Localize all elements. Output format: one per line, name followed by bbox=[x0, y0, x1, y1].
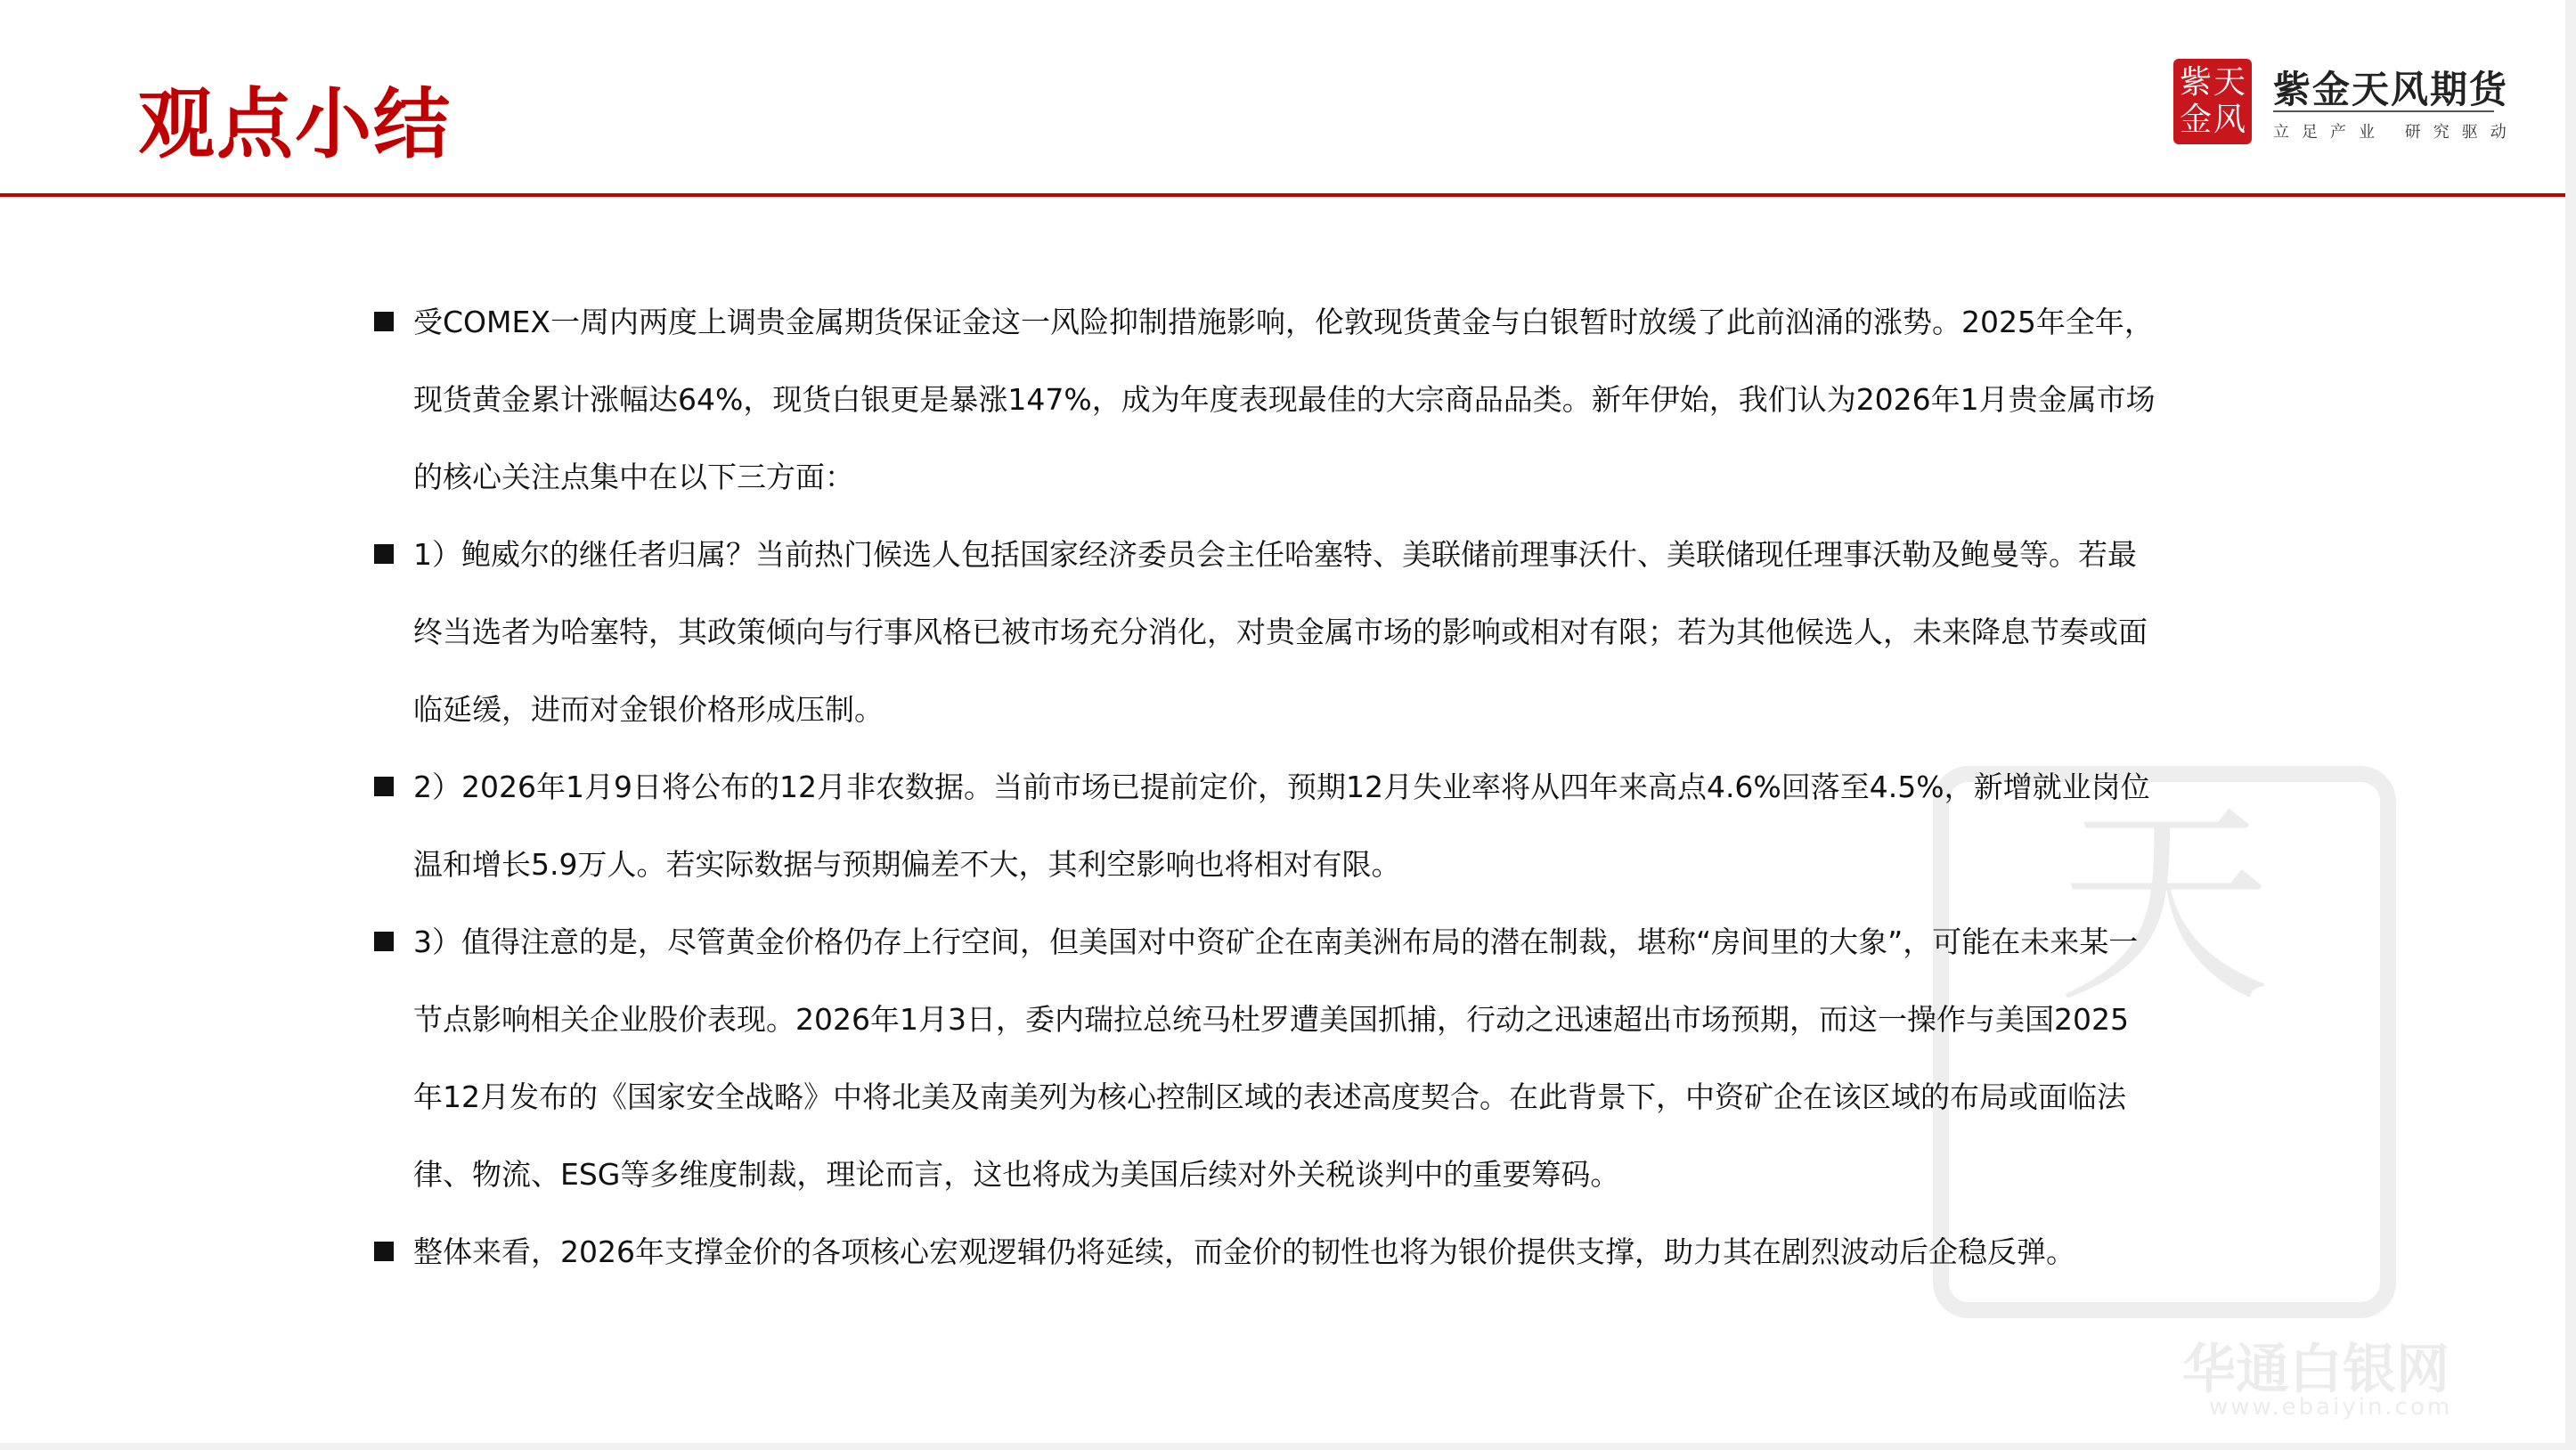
seal-char: 紫 bbox=[2179, 64, 2213, 102]
seal-char: 天 bbox=[2213, 64, 2246, 102]
summary-list: 受COMEX一周内两度上调贵金属期货保证金这一风险抑制措施影响，伦敦现货黄金与白… bbox=[374, 283, 2156, 1291]
square-bullet-icon bbox=[374, 932, 394, 951]
summary-text: 受COMEX一周内两度上调贵金属期货保证金这一风险抑制措施影响，伦敦现货黄金与白… bbox=[413, 305, 2156, 494]
watermark-site-name: 华通白银网 bbox=[2182, 1327, 2450, 1404]
brand-name: 紫金天风期货 bbox=[2273, 61, 2508, 114]
summary-item: 整体来看，2026年支撑金价的各项核心宏观逻辑仍将延续，而金价的韧性也将为银价提… bbox=[374, 1213, 2156, 1291]
summary-item: 1）鲍威尔的继任者归属？当前热门候选人包括国家经济委员会主任哈塞特、美联储前理事… bbox=[374, 516, 2156, 748]
title-divider bbox=[0, 193, 2565, 197]
summary-item: 2）2026年1月9日将公布的12月非农数据。当前市场已提前定价，预期12月失业… bbox=[374, 748, 2156, 903]
square-bullet-icon bbox=[374, 312, 394, 331]
summary-item: 受COMEX一周内两度上调贵金属期货保证金这一风险抑制措施影响，伦敦现货黄金与白… bbox=[374, 283, 2156, 516]
summary-text: 整体来看，2026年支撑金价的各项核心宏观逻辑仍将延续，而金价的韧性也将为银价提… bbox=[413, 1234, 2075, 1269]
slide: 天 华通白银网 www.ebaiyin.com 观点小结 紫 天 金 风 紫金天… bbox=[0, 0, 2565, 1443]
square-bullet-icon bbox=[374, 1242, 394, 1261]
summary-text: 3）值得注意的是，尽管黄金价格仍存上行空间，但美国对中资矿企在南美洲布局的潜在制… bbox=[413, 925, 2138, 1192]
company-logo: 紫 天 金 风 紫金天风期货 立足产业 研究驱动 bbox=[2173, 59, 2530, 157]
summary-item: 3）值得注意的是，尽管黄金价格仍存上行空间，但美国对中资矿企在南美洲布局的潜在制… bbox=[374, 903, 2156, 1213]
seal-char: 风 bbox=[2213, 102, 2246, 139]
square-bullet-icon bbox=[374, 777, 394, 796]
brand-divider bbox=[2273, 110, 2494, 112]
seal-char: 金 bbox=[2179, 102, 2213, 139]
summary-text: 1）鲍威尔的继任者归属？当前热门候选人包括国家经济委员会主任哈塞特、美联储前理事… bbox=[413, 537, 2148, 727]
summary-text: 2）2026年1月9日将公布的12月非农数据。当前市场已提前定价，预期12月失业… bbox=[413, 770, 2150, 882]
square-bullet-icon bbox=[374, 544, 394, 564]
brand-tagline: 立足产业 研究驱动 bbox=[2273, 119, 2519, 143]
watermark-site-url: www.ebaiyin.com bbox=[2209, 1394, 2452, 1421]
seal-logo-icon: 紫 天 金 风 bbox=[2173, 59, 2252, 144]
slide-title: 观点小结 bbox=[138, 62, 452, 173]
